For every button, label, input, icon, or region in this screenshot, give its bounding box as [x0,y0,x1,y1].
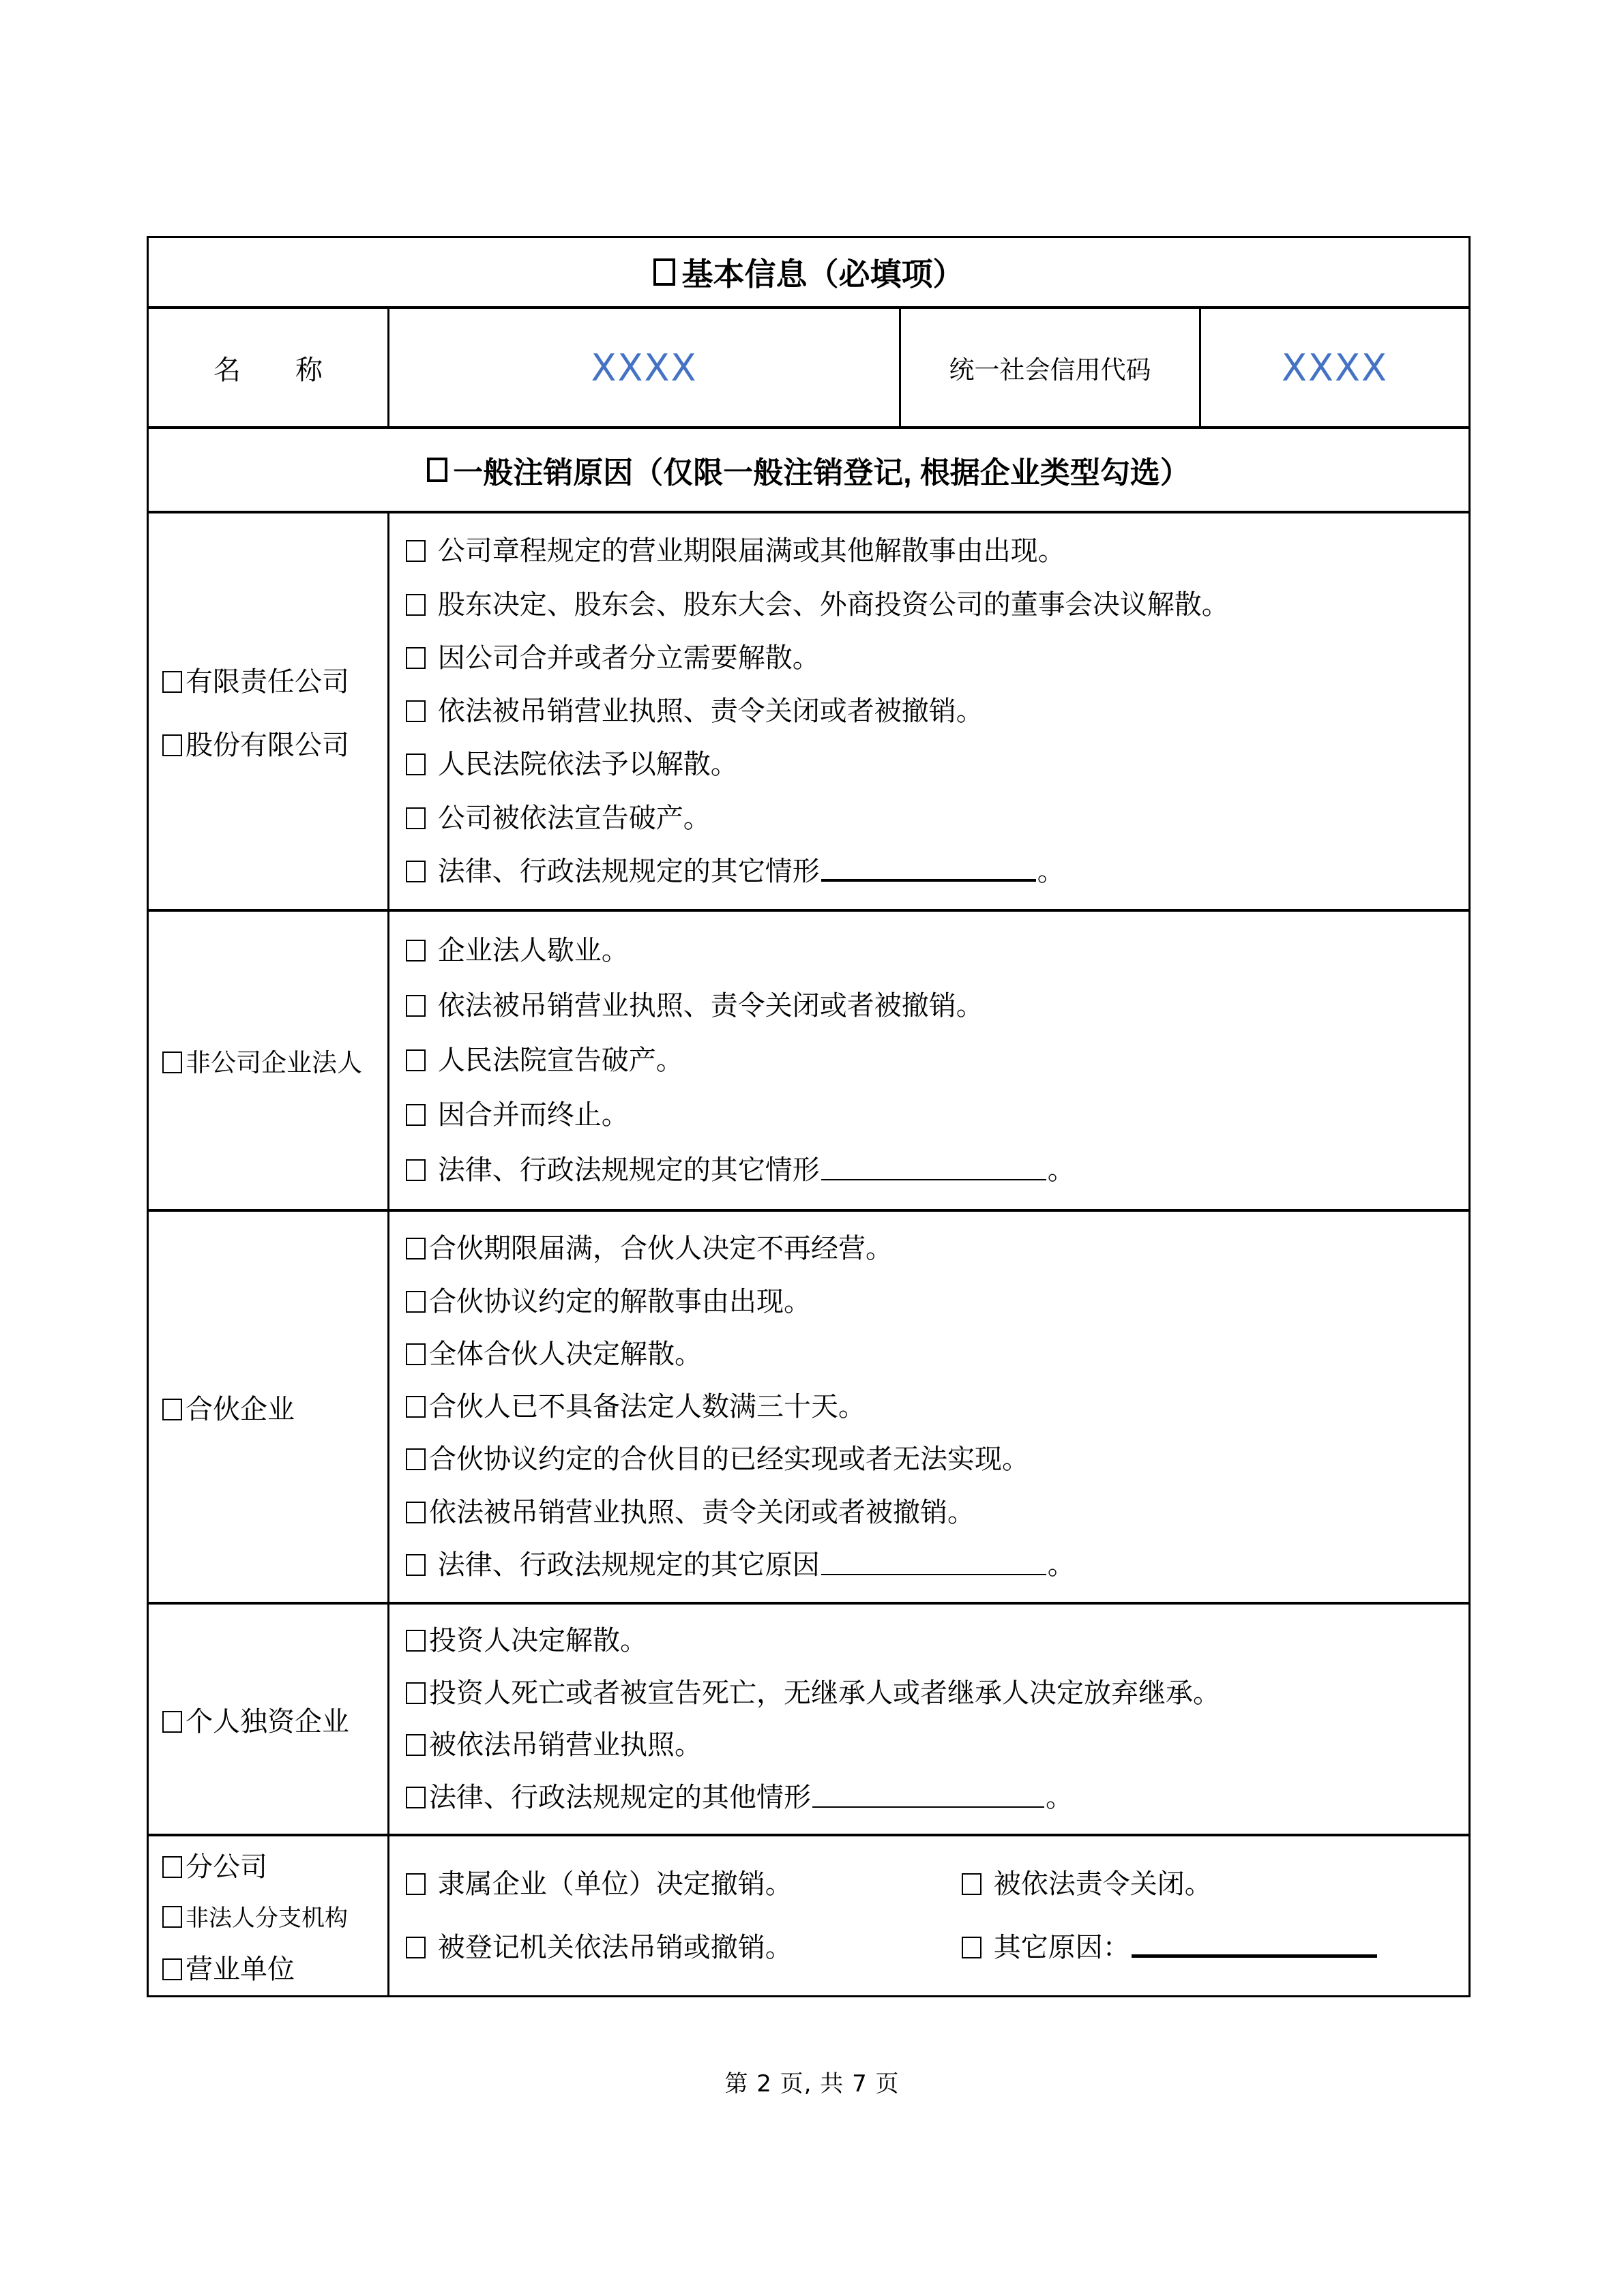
reason-item: 投资人死亡或者被宣告死亡，无继承人或者继承人决定放弃继承。 [406,1678,1458,1709]
checkbox-icon[interactable] [406,1396,426,1418]
reason-item: 合伙协议约定的解散事由出现。 [406,1286,1458,1317]
checkbox-icon[interactable] [406,1937,426,1958]
reason-section-title: 一般注销原因（仅限一般注销登记, 根据企业类型勾选） [453,448,1190,492]
reason-items-cell: 投资人决定解散。 投资人死亡或者被宣告死亡，无继承人或者继承人决定放弃继承。 被… [387,1605,1468,1834]
company-type-label: 有限责任公司 [162,660,349,699]
checkbox-icon[interactable] [406,940,426,961]
reason-section-header: 一般注销原因（仅限一般注销登记, 根据企业类型勾选） [149,426,1468,511]
checkbox-icon[interactable] [406,1787,426,1808]
reason-item: 人民法院依法予以解散。 [406,749,1458,780]
company-type-label: 非法人分支机构 [162,1899,348,1933]
company-type-cell: 有限责任公司 股份有限公司 [149,513,387,909]
reason-item: 合伙期限届满，合伙人决定不再经营。 [406,1233,1458,1264]
checkbox-icon[interactable] [653,258,675,286]
checkbox-icon[interactable] [162,1711,182,1733]
checkbox-icon[interactable] [962,1937,981,1958]
checkbox-icon[interactable] [962,1873,981,1895]
basic-info-header: 基本信息（必填项） [149,238,1468,306]
checkbox-icon[interactable] [406,861,426,882]
checkbox-icon[interactable] [406,1159,426,1181]
reason-item: 依法被吊销营业执照、责令关闭或者被撤销。 [406,990,1458,1022]
reason-item: 被登记机关依法吊销或撤销。 [406,1932,962,1963]
checkbox-icon[interactable] [427,458,447,482]
checkbox-icon[interactable] [406,1734,426,1756]
name-label: 名 称 [149,309,387,426]
name-row: 名 称 XXXX 统一社会信用代码 XXXX [149,306,1468,426]
company-type-label: 股份有限公司 [162,724,349,762]
blank-line[interactable] [812,1804,1044,1808]
company-type-label: 营业单位 [162,1948,295,1986]
reason-item: 依法被吊销营业执照、责令关闭或者被撤销。 [406,1497,1458,1528]
checkbox-icon[interactable] [162,1906,182,1928]
checkbox-icon[interactable] [406,1682,426,1704]
company-row: 有限责任公司 股份有限公司 公司章程规定的营业期限届满或其他解散事由出现。 股东… [149,511,1468,909]
reason-item: 投资人决定解散。 [406,1625,1458,1656]
checkbox-icon[interactable] [162,1958,182,1980]
deregistration-form-table: 基本信息（必填项） 名 称 XXXX 统一社会信用代码 XXXX 一般注销原因（… [147,236,1471,1997]
blank-line[interactable] [821,1571,1046,1575]
reason-item: 全体合伙人决定解散。 [406,1339,1458,1370]
credit-code-value: XXXX [1199,309,1468,426]
reason-item: 合伙协议约定的合伙目的已经实现或者无法实现。 [406,1444,1458,1475]
checkbox-icon[interactable] [406,1291,426,1313]
checkbox-icon[interactable] [406,1343,426,1365]
checkbox-icon[interactable] [406,700,426,722]
reason-item: 股东决定、股东会、股东大会、外商投资公司的董事会决议解散。 [406,589,1458,621]
checkbox-icon[interactable] [406,995,426,1017]
reason-item: 隶属企业（单位）决定撤销。 [406,1868,962,1900]
company-type-label: 非公司企业法人 [162,1042,362,1079]
reason-items-cell: 企业法人歇业。 依法被吊销营业执照、责令关闭或者被撤销。 人民法院宣告破产。 因… [387,912,1468,1209]
checkbox-icon[interactable] [406,754,426,775]
reason-item: 法律、行政法规规定的其它情形。 [406,856,1458,887]
checkbox-icon[interactable] [162,734,182,756]
checkbox-icon[interactable] [406,1554,426,1576]
checkbox-icon[interactable] [162,1856,182,1878]
checkbox-icon[interactable] [406,594,426,616]
reason-items-cell: 公司章程规定的营业期限届满或其他解散事由出现。 股东决定、股东会、股东大会、外商… [387,513,1468,909]
company-type-cell: 分公司 非法人分支机构 营业单位 [149,1836,387,1995]
checkbox-icon[interactable] [162,1052,182,1073]
reason-item: 法律、行政法规规定的其它情形。 [406,1154,1458,1186]
checkbox-icon[interactable] [406,1630,426,1652]
company-type-label: 个人独资企业 [162,1700,349,1739]
checkbox-icon[interactable] [406,1238,426,1259]
reason-item: 公司章程规定的营业期限届满或其他解散事由出现。 [406,535,1458,567]
blank-line[interactable] [821,876,1036,882]
reason-item: 合伙人已不具备法定人数满三十天。 [406,1391,1458,1422]
checkbox-icon[interactable] [406,1448,426,1470]
reason-items-cell: 隶属企业（单位）决定撤销。 被依法责令关闭。 被登记机关依法吊销或撤销。 其它原… [387,1836,1468,1995]
reason-item: 法律、行政法规规定的其它原因。 [406,1549,1458,1581]
company-type-cell: 合伙企业 [149,1212,387,1602]
checkbox-icon[interactable] [406,647,426,669]
checkbox-icon[interactable] [406,1873,426,1895]
company-row: 分公司 非法人分支机构 营业单位 隶属企业（单位）决定撤销。 被依法责令关闭。 … [149,1834,1468,1995]
checkbox-icon[interactable] [406,1049,426,1071]
reason-item: 被依法责令关闭。 [962,1868,1468,1900]
checkbox-icon[interactable] [406,1502,426,1523]
company-row: 非公司企业法人 企业法人歇业。 依法被吊销营业执照、责令关闭或者被撤销。 人民法… [149,909,1468,1209]
company-type-label: 合伙企业 [162,1388,295,1427]
reason-item: 因公司合并或者分立需要解散。 [406,642,1458,674]
company-type-cell: 非公司企业法人 [149,912,387,1209]
reason-item: 企业法人歇业。 [406,935,1458,966]
reason-item: 依法被吊销营业执照、责令关闭或者被撤销。 [406,696,1458,727]
company-row: 合伙企业 合伙期限届满，合伙人决定不再经营。 合伙协议约定的解散事由出现。 全体… [149,1209,1468,1602]
reason-item: 法律、行政法规规定的其他情形。 [406,1782,1458,1813]
company-type-cell: 个人独资企业 [149,1605,387,1834]
checkbox-icon[interactable] [406,540,426,562]
checkbox-icon[interactable] [162,671,182,693]
reason-item: 其它原因： [962,1932,1468,1963]
form-page: 基本信息（必填项） 名 称 XXXX 统一社会信用代码 XXXX 一般注销原因（… [0,0,1624,2296]
blank-line[interactable] [1132,1952,1377,1958]
page-footer: 第 2 页, 共 7 页 [0,2065,1624,2098]
name-value: XXXX [387,309,899,426]
credit-code-label: 统一社会信用代码 [899,309,1199,426]
blank-line[interactable] [821,1176,1046,1180]
reason-item: 人民法院宣告破产。 [406,1045,1458,1076]
company-type-label: 分公司 [162,1845,267,1884]
company-row: 个人独资企业 投资人决定解散。 投资人死亡或者被宣告死亡，无继承人或者继承人决定… [149,1602,1468,1834]
basic-info-title: 基本信息（必填项） [682,250,964,295]
reason-item: 被依法吊销营业执照。 [406,1729,1458,1761]
reason-item: 公司被依法宣告破产。 [406,803,1458,834]
reason-items-cell: 合伙期限届满，合伙人决定不再经营。 合伙协议约定的解散事由出现。 全体合伙人决定… [387,1212,1468,1602]
reason-item: 因合并而终止。 [406,1099,1458,1131]
checkbox-icon[interactable] [406,1104,426,1126]
checkbox-icon[interactable] [406,807,426,829]
checkbox-icon[interactable] [162,1399,182,1420]
